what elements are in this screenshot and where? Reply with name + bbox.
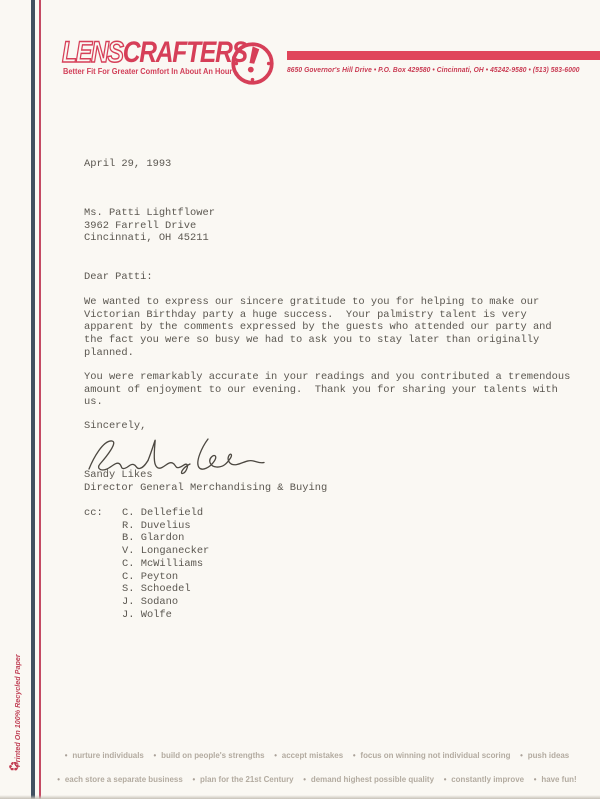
footer-slogan: •each store a separate business <box>57 775 182 784</box>
cc-label: cc: <box>84 507 103 520</box>
body-paragraph-1: We wanted to express our sincere gratitu… <box>84 296 552 360</box>
logo-tagline: Better Fit For Greater Comfort In About … <box>63 67 239 78</box>
bullet-icon: • <box>520 751 523 760</box>
recycled-paper-note: Printed On 100% Recycled Paper <box>13 655 24 767</box>
footer-slogan-text: constantly improve <box>451 775 524 784</box>
footer-slogan-text: each store a separate business <box>65 775 183 784</box>
letter-date: April 29, 1993 <box>84 158 171 171</box>
sender-title: Director General Merchandising & Buying <box>84 482 327 495</box>
company-address: 8650 Governor's Hill Drive • P.O. Box 42… <box>287 65 580 74</box>
body-paragraph-2: You were remarkably accurate in your rea… <box>84 371 570 409</box>
bullet-icon: • <box>303 775 306 784</box>
scan-edge-shadow <box>0 795 600 799</box>
bullet-icon: • <box>57 775 60 784</box>
bullet-icon: • <box>534 775 537 784</box>
footer-slogan-text: plan for the 21st Century <box>200 775 294 784</box>
bullet-icon: • <box>274 751 277 760</box>
left-navy-rule <box>31 0 35 799</box>
registered-mark: ® <box>234 72 238 78</box>
footer-slogan: •demand highest possible quality <box>303 775 434 784</box>
footer-slogan: •accept mistakes <box>274 751 343 760</box>
clock-exclamation-icon <box>229 40 276 87</box>
salutation: Dear Patti: <box>84 271 153 284</box>
footer-slogan: •constantly improve <box>444 775 524 784</box>
footer-slogan-text: focus on winning not individual scoring <box>360 751 510 760</box>
footer-slogan: •build on people's strengths <box>154 751 265 760</box>
footer-slogan-text: push ideas <box>528 751 569 760</box>
footer-slogan-line-1: •nurture individuals •build on people's … <box>46 751 587 760</box>
tagline-text: Better Fit For Greater Comfort In About … <box>63 67 232 76</box>
bullet-icon: • <box>65 751 68 760</box>
header-red-bar <box>287 51 600 60</box>
recipient-address-block: Ms. Patti Lightflower 3962 Farrell Drive… <box>84 207 215 245</box>
bullet-icon: • <box>154 751 157 760</box>
footer-slogan-text: have fun! <box>541 775 576 784</box>
scanned-letter-page: LENSCRAFTERS Better Fit For Greater Comf… <box>0 0 600 799</box>
sender-typed-name: Sandy Likes <box>84 469 153 482</box>
footer-slogan-text: demand highest possible quality <box>311 775 434 784</box>
cc-name-list: C. Dellefield R. Duvelius B. Glardon V. … <box>122 507 209 621</box>
footer-slogan: •plan for the 21st Century <box>192 775 293 784</box>
logo-lens-outline-text: LENS <box>62 36 123 69</box>
footer-slogan: •have fun! <box>534 775 577 784</box>
bullet-icon: • <box>353 751 356 760</box>
footer-slogan-text: accept mistakes <box>282 751 343 760</box>
lenscrafters-logo: LENSCRAFTERS <box>62 36 247 70</box>
closing-line: Sincerely, <box>84 420 146 433</box>
footer-slogan-text: build on people's strengths <box>161 751 264 760</box>
footer-slogan: •focus on winning not individual scoring <box>353 751 511 760</box>
footer-slogan: •nurture individuals <box>65 751 144 760</box>
footer-slogan: •push ideas <box>520 751 569 760</box>
bullet-icon: • <box>192 775 195 784</box>
bullet-icon: • <box>444 775 447 784</box>
footer-slogan-text: nurture individuals <box>72 751 143 760</box>
footer-slogan-line-2: •each store a separate business •plan fo… <box>46 775 587 784</box>
left-red-rule <box>39 0 41 799</box>
